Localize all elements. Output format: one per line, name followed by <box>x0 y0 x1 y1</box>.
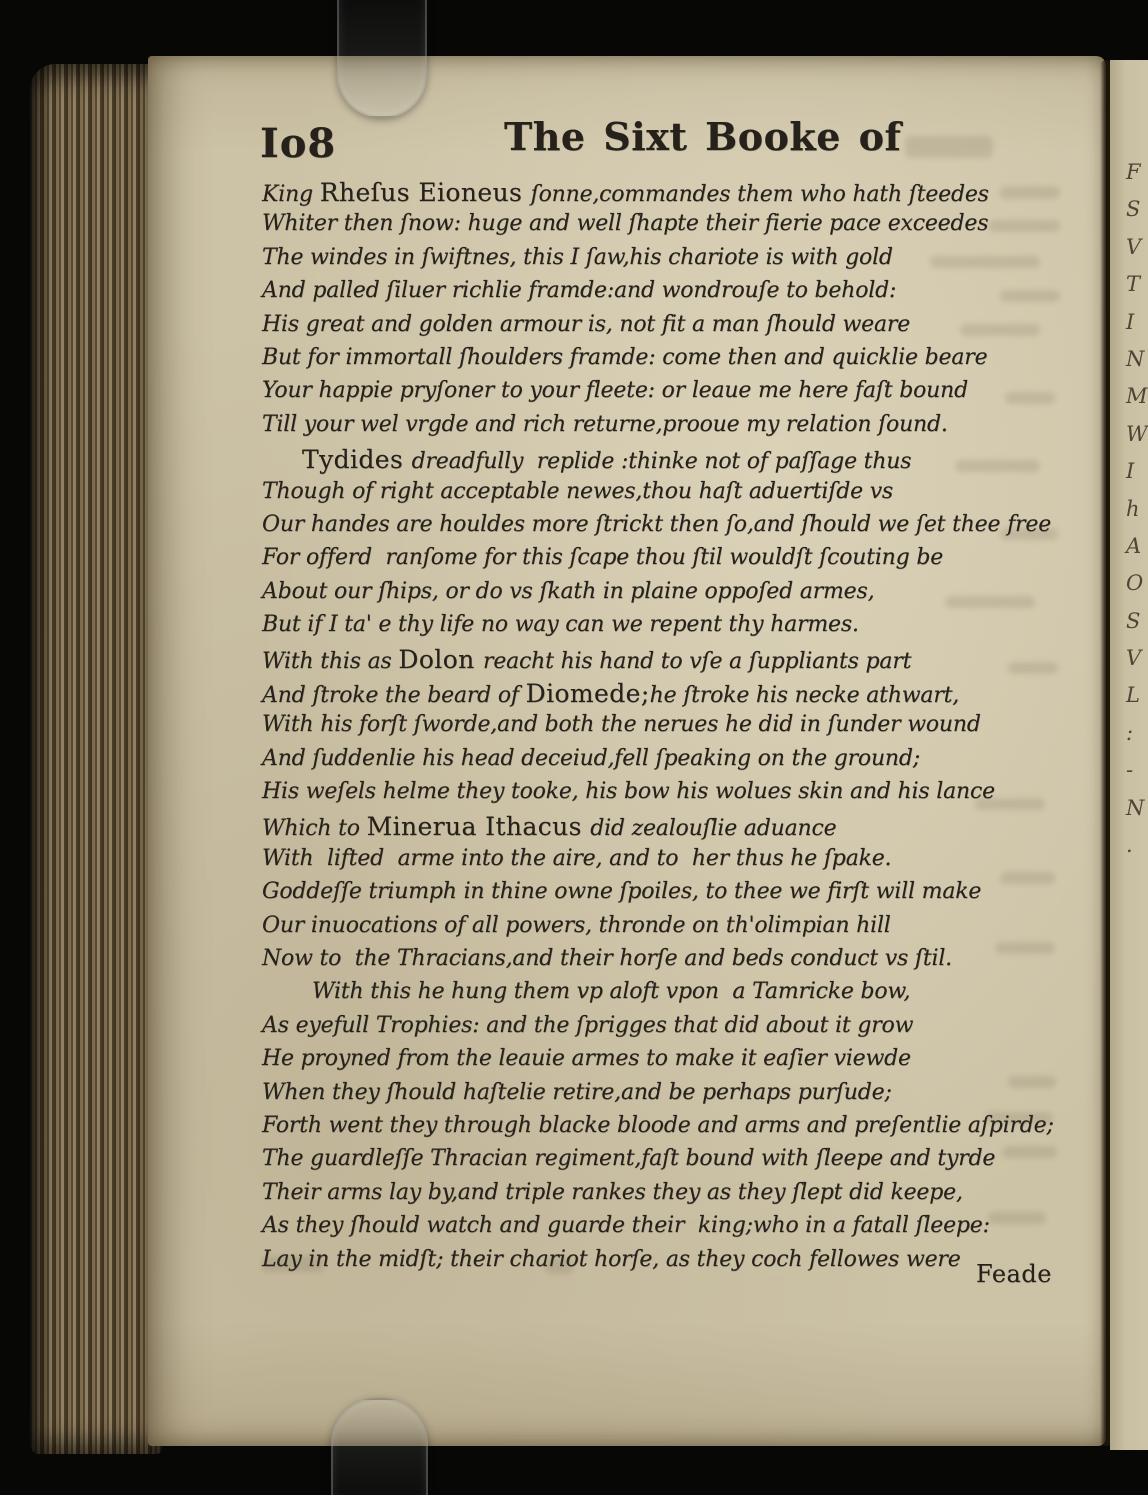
poem-line: And ſtroke the beard of Diomede;he ſtrok… <box>262 679 1072 712</box>
verse-segment: Lay in the midſt; their chariot horſe, a… <box>262 1247 961 1272</box>
verse-segment: But for immortall ſhoulders framde: come… <box>262 345 987 370</box>
book-fore-edge-stack <box>30 64 162 1454</box>
poem-line: Your happie pryſoner to your fleete: or … <box>262 378 1072 411</box>
bleedthrough-smudge <box>1000 872 1055 884</box>
bleedthrough-smudge <box>995 942 1055 954</box>
bleedthrough-smudge <box>262 1256 324 1272</box>
poem-line: With lifted arme into the aire, and to h… <box>262 846 1072 879</box>
facing-page-letter-fragment: N <box>1126 347 1148 384</box>
poem-text-block: King Rheſus Eioneus ſonne,commandes them… <box>262 178 1072 1280</box>
verse-segment: But if I ta' e thy life no way can we re… <box>262 612 859 637</box>
facing-page-letter-fragment: A <box>1126 534 1148 571</box>
facing-page-sliver: FSVTINMWIhAOSVL:-N. <box>1110 60 1148 1450</box>
verse-segment: Whiter then ſnow: huge and well ſhapte t… <box>262 211 988 236</box>
bleedthrough-smudge <box>545 1258 573 1274</box>
poem-line: Their arms lay by,and triple rankes they… <box>262 1180 1072 1213</box>
proper-name-roman-type: Rheſus Eioneus <box>320 178 531 207</box>
facing-page-letter-fragment: N <box>1126 796 1148 833</box>
verse-segment: For offerd ranſome for this ſcape thou ſ… <box>262 545 943 570</box>
facing-page-letter-fragment: S <box>1126 197 1148 234</box>
verse-segment: When they ſhould haſtelie retire,and be … <box>262 1080 892 1105</box>
poem-line: Tydides dreadfully replide :thinke not o… <box>262 445 1072 478</box>
poem-line: Forth went they through blacke bloode an… <box>262 1113 1072 1146</box>
bleedthrough-smudge <box>1008 1076 1056 1088</box>
running-header: The Sixt Booke of <box>504 114 901 159</box>
facing-page-letter-fragment: T <box>1126 272 1148 309</box>
poem-line: But for immortall ſhoulders framde: come… <box>262 345 1072 378</box>
poem-line: King Rheſus Eioneus ſonne,commandes them… <box>262 178 1072 211</box>
verse-segment: With this he hung them vp aloft vpon a T… <box>312 979 910 1004</box>
poem-line: And palled ſiluer richlie framde:and won… <box>262 278 1072 311</box>
verse-segment: dreadfully replide :thinke not of paſſag… <box>412 449 912 474</box>
bleedthrough-smudge <box>905 136 993 158</box>
verse-segment: Your happie pryſoner to your fleete: or … <box>262 378 968 403</box>
proper-name-roman-type: Diomede; <box>526 679 650 708</box>
poem-line: When they ſhould haſtelie retire,and be … <box>262 1080 1072 1113</box>
poem-line: His weſels helme they tooke, his bow his… <box>262 779 1072 812</box>
poem-line: As eyefull Trophies: and the ſprigges th… <box>262 1013 1072 1046</box>
verse-segment: With lifted arme into the aire, and to h… <box>262 846 891 871</box>
poem-line: Lay in the midſt; their chariot horſe, a… <box>262 1247 1072 1280</box>
verse-segment: And ſuddenlie his head deceiud,fell ſpea… <box>262 746 920 771</box>
poem-line: Though of right acceptable newes,thou ha… <box>262 479 1072 512</box>
verse-segment: The windes in ſwiftnes, this I ſaw,his c… <box>262 245 893 270</box>
poem-line: Till your wel vrgde and rich returne,pro… <box>262 412 1072 445</box>
facing-page-letter-fragment: V <box>1126 646 1148 683</box>
poem-line: With his forſt ſworde,and both the nerue… <box>262 712 1072 745</box>
bleedthrough-smudge <box>1000 290 1060 302</box>
facing-page-letter-fragment: W <box>1126 422 1148 459</box>
verse-segment: Till your wel vrgde and rich returne,pro… <box>262 412 948 437</box>
poem-line: He proyned from the leauie armes to make… <box>262 1046 1072 1079</box>
scanner-page-strap-top <box>337 0 427 118</box>
bleedthrough-smudge <box>1008 662 1058 674</box>
bleedthrough-smudge <box>960 324 1040 336</box>
verse-segment: ſonne,commandes them who hath ſteedes <box>531 182 989 207</box>
verse-segment: Our handes are houldes more ſtrickt then… <box>262 512 1051 537</box>
verse-segment: About our ſhips, or do vs ſkath in plain… <box>262 579 874 604</box>
poem-line: And ſuddenlie his head deceiud,fell ſpea… <box>262 746 1072 779</box>
verse-segment: The guardleſſe Thracian regiment,faſt bo… <box>262 1146 995 1171</box>
verse-segment: King <box>262 182 320 207</box>
book-scan-background: Io8 The Sixt Booke of King Rheſus Eioneu… <box>0 0 1148 1495</box>
facing-page-letter-fragment: F <box>1126 160 1148 197</box>
bleedthrough-smudge <box>945 596 1035 608</box>
verse-segment: His great and golden armour is, not fit … <box>262 312 910 337</box>
poem-line: With this he hung them vp aloft vpon a T… <box>262 979 1072 1012</box>
page-number: Io8 <box>260 120 336 167</box>
facing-page-letter-fragment: I <box>1126 459 1148 496</box>
poem-line: But if I ta' e thy life no way can we re… <box>262 612 1072 645</box>
verse-segment: Goddeſſe triumph in thine owne ſpoiles, … <box>262 879 981 904</box>
verse-segment: He proyned from the leauie armes to make… <box>262 1046 911 1071</box>
verse-segment: And ſtroke the beard of <box>262 683 526 708</box>
scanner-page-strap-bottom <box>331 1398 428 1495</box>
bleedthrough-smudge <box>1005 392 1055 404</box>
verse-segment: Which to <box>262 816 367 841</box>
verse-segment: Though of right acceptable newes,thou ha… <box>262 479 893 504</box>
poem-line: Which to Minerua Ithacus did zealouſlie … <box>262 812 1072 845</box>
bleedthrough-smudge <box>985 1112 1053 1124</box>
facing-page-letter-fragment: M <box>1126 384 1148 421</box>
verse-segment: did zealouſlie aduance <box>590 816 836 841</box>
bleedthrough-smudge <box>988 220 1060 232</box>
facing-page-letter-fragment: : <box>1126 721 1148 758</box>
poem-line: For offerd ranſome for this ſcape thou ſ… <box>262 545 1072 578</box>
verse-segment: Now to the Thracians,and their horſe and… <box>262 946 952 971</box>
verse-segment: Their arms lay by,and triple rankes they… <box>262 1180 963 1205</box>
bleedthrough-smudge <box>1000 186 1060 199</box>
facing-page-letter-fragment: I <box>1126 310 1148 347</box>
poem-line: Our handes are houldes more ſtrickt then… <box>262 512 1072 545</box>
poem-line: Goddeſſe triumph in thine owne ſpoiles, … <box>262 879 1072 912</box>
proper-name-roman-type: Tydides <box>302 445 412 474</box>
facing-page-letter-fragment: O <box>1126 571 1148 608</box>
poem-line: Whiter then ſnow: huge and well ſhapte t… <box>262 211 1072 244</box>
verse-segment: And palled ſiluer richlie framde:and won… <box>262 278 896 303</box>
facing-page-letter-fragment: . <box>1126 833 1148 870</box>
verse-segment: With his forſt ſworde,and both the nerue… <box>262 712 981 737</box>
verse-segment: As eyefull Trophies: and the ſprigges th… <box>262 1013 913 1038</box>
poem-line: His great and golden armour is, not fit … <box>262 312 1072 345</box>
catchword: Feade <box>976 1260 1052 1288</box>
verse-segment: Forth went they through blacke bloode an… <box>262 1113 1054 1138</box>
facing-page-letter-fragment: - <box>1126 758 1148 795</box>
verse-segment: His weſels helme they tooke, his bow his… <box>262 779 995 804</box>
poem-line: Our inuocations of all powers, thronde o… <box>262 913 1072 946</box>
bleedthrough-smudge <box>930 256 1040 268</box>
verse-segment: he ſtroke his necke athwart, <box>650 683 959 708</box>
facing-page-letter-fragment: S <box>1126 609 1148 646</box>
verse-segment: As they ſhould watch and guarde their ki… <box>262 1213 990 1238</box>
poem-line: The guardleſſe Thracian regiment,faſt bo… <box>262 1146 1072 1179</box>
poem-line: Now to the Thracians,and their horſe and… <box>262 946 1072 979</box>
verse-segment: Our inuocations of all powers, thronde o… <box>262 913 891 938</box>
proper-name-roman-type: Dolon <box>398 645 483 674</box>
bleedthrough-smudge <box>1000 528 1058 540</box>
bleedthrough-smudge <box>988 1212 1046 1224</box>
bleedthrough-smudge <box>955 460 1040 472</box>
verse-segment: With this as <box>262 649 398 674</box>
bleedthrough-smudge <box>975 798 1045 810</box>
facing-page-letter-column: FSVTINMWIhAOSVL:-N. <box>1126 160 1148 870</box>
facing-page-letter-fragment: L <box>1126 683 1148 720</box>
bleedthrough-smudge <box>1002 1146 1057 1158</box>
proper-name-roman-type: Minerua Ithacus <box>367 812 591 841</box>
poem-line: As they ſhould watch and guarde their ki… <box>262 1213 1072 1246</box>
verse-segment: reacht his hand to vſe a ſuppliants part <box>483 649 911 674</box>
facing-page-letter-fragment: V <box>1126 235 1148 272</box>
facing-page-letter-fragment: h <box>1126 497 1148 534</box>
poem-line: With this as Dolon reacht his hand to vſ… <box>262 645 1072 678</box>
